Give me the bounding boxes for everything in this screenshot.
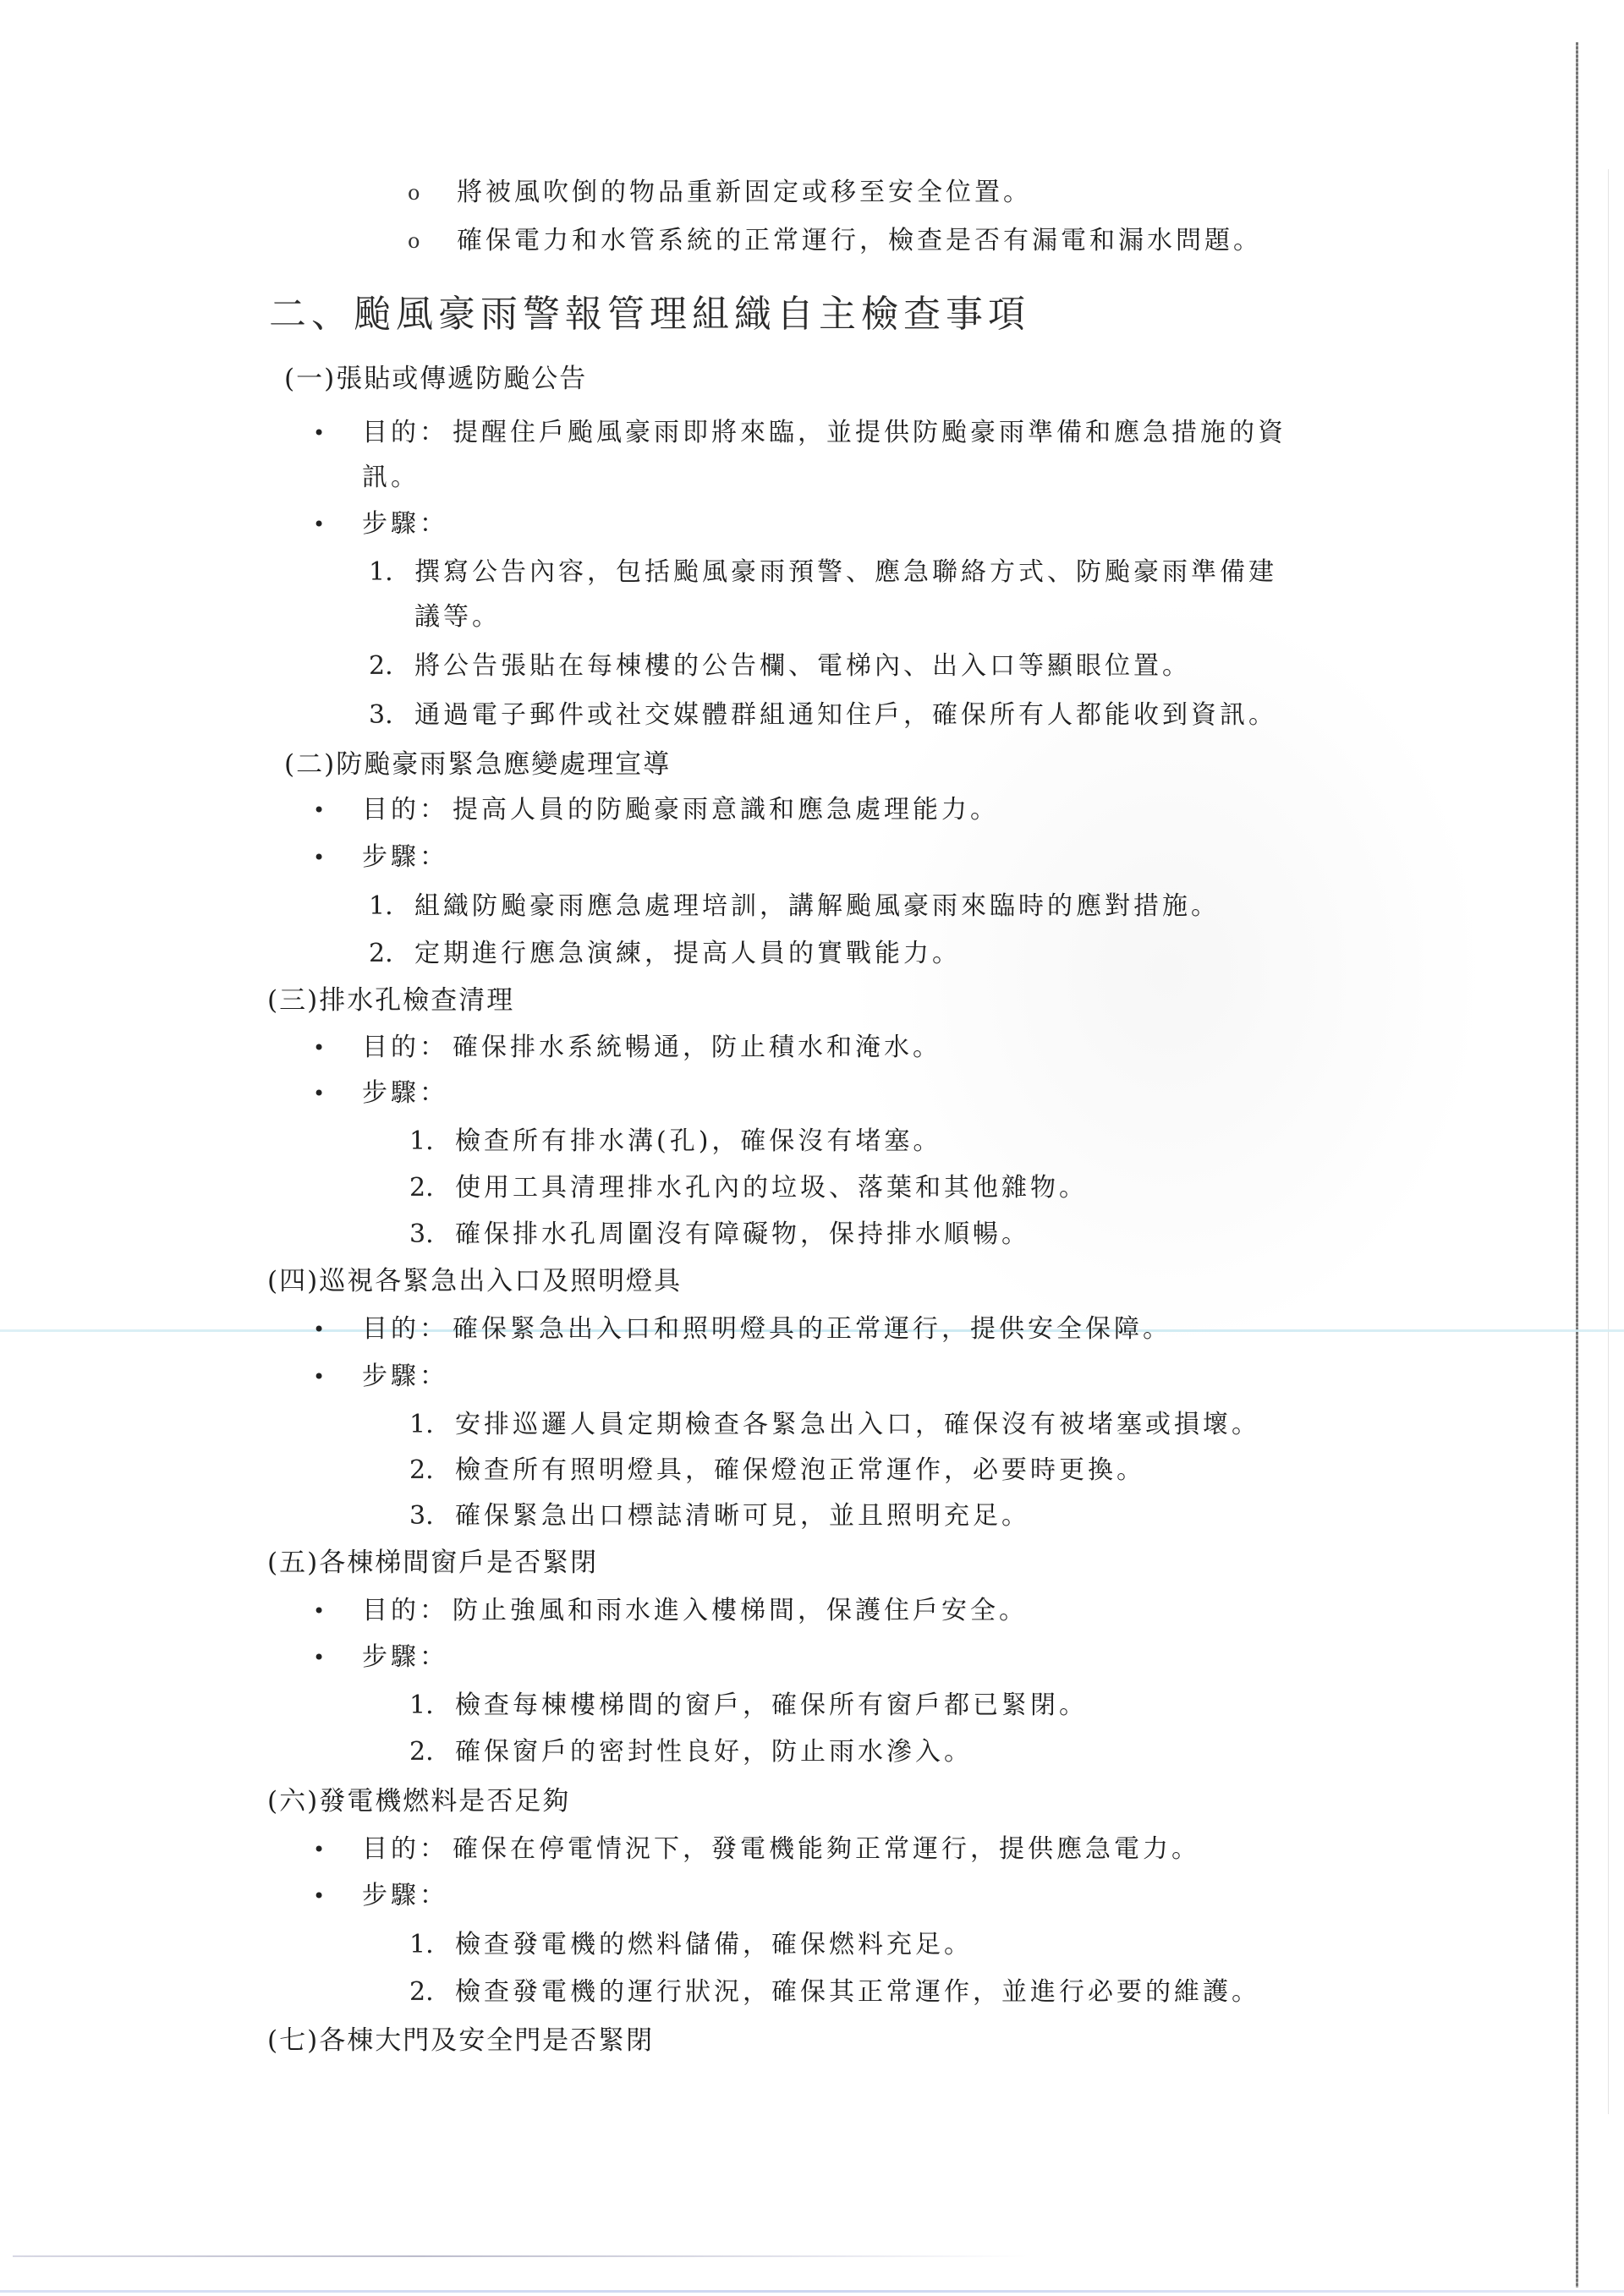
step-number: 1. [409, 1408, 434, 1442]
scan-edge-line [1608, 169, 1609, 2114]
purpose-text: 提高人員的防颱豪雨意識和應急處理能力。 [453, 793, 999, 827]
step-number: 1. [409, 1928, 434, 1962]
purpose-label: 目的： [362, 1312, 448, 1346]
subsection-title: (四)巡視各緊急出入口及照明燈具 [267, 1264, 682, 1298]
purpose-label: 目的： [362, 1031, 448, 1065]
step-text: 定期進行應急演練，提高人員的實戰能力。 [414, 937, 961, 971]
dot-bullet-icon: • [313, 1031, 325, 1065]
step-text: 檢查所有照明燈具，確保燈泡正常運作，必要時更換。 [455, 1454, 1145, 1488]
purpose-text-cont: 訊。 [362, 461, 420, 495]
step-text: 確保緊急出口標誌清晰可見，並且照明充足。 [455, 1499, 1030, 1533]
purpose-text: 提醒住戶颱風豪雨即將來臨，並提供防颱豪雨準備和應急措施的資 [453, 416, 1287, 450]
subsection-title: (三)排水孔檢查清理 [267, 984, 514, 1017]
step-number: 1. [409, 1125, 434, 1159]
step-number: 2. [409, 1454, 434, 1488]
step-text: 檢查每棟樓梯間的窗戶，確保所有窗戶都已緊閉。 [455, 1689, 1088, 1723]
step-number: 1. [369, 556, 393, 589]
step-number: 2. [409, 1171, 434, 1205]
subsection-title: (六)發電機燃料是否足夠 [267, 1784, 570, 1818]
dot-bullet-icon: • [313, 1360, 325, 1394]
dot-bullet-icon: • [313, 1594, 325, 1628]
step-text: 通過電子郵件或社交媒體群組通知住戶，確保所有人都能收到資訊。 [414, 699, 1277, 732]
purpose-label: 目的： [362, 416, 448, 450]
dot-bullet-icon: • [313, 793, 325, 827]
steps-label: 步驟： [362, 1879, 448, 1913]
step-text: 確保窗戶的密封性良好，防止雨水滲入。 [455, 1735, 973, 1769]
step-number: 3. [409, 1499, 434, 1533]
step-text: 使用工具清理排水孔內的垃圾、落葉和其他雜物。 [455, 1171, 1088, 1205]
step-number: 2. [409, 1975, 434, 2009]
subsection-title: (二)防颱豪雨緊急應變處理宣導 [284, 748, 671, 781]
step-text: 將公告張貼在每棟樓的公告欄、電梯內、出入口等顯眼位置。 [414, 649, 1191, 683]
purpose-label: 目的： [362, 793, 448, 827]
steps-label: 步驟： [362, 1641, 448, 1674]
step-text: 組織防颱豪雨應急處理培訓，講解颱風豪雨來臨時的應對措施。 [414, 890, 1220, 923]
steps-label: 步驟： [362, 507, 448, 541]
scanned-document-page: o 將被風吹倒的物品重新固定或移至安全位置。 o 確保電力和水管系統的正常運行，… [0, 0, 1624, 2296]
step-text: 撰寫公告內容，包括颱風豪雨預警、應急聯絡方式、防颱豪雨準備建 [414, 556, 1277, 589]
step-text: 檢查發電機的運行狀況，確保其正常運作，並進行必要的維護。 [455, 1975, 1260, 2009]
dot-bullet-icon: • [313, 1879, 325, 1913]
subsection-title: (七)各棟大門及安全門是否緊閉 [267, 2024, 654, 2058]
subsection-title: (一)張貼或傳遞防颱公告 [284, 362, 587, 396]
purpose-text: 確保在停電情況下，發電機能夠正常運行，提供應急電力。 [453, 1833, 1200, 1866]
purpose-label: 目的： [362, 1833, 448, 1866]
step-number: 3. [369, 699, 393, 732]
list-item: 確保電力和水管系統的正常運行，檢查是否有漏電和漏水問題。 [457, 224, 1262, 258]
page-right-edge [1576, 42, 1578, 2288]
subsection-title: (五)各棟梯間窗戶是否緊閉 [267, 1546, 598, 1580]
steps-label: 步驟： [362, 841, 448, 874]
step-number: 1. [369, 890, 393, 923]
dot-bullet-icon: • [313, 841, 325, 874]
step-text: 檢查所有排水溝(孔)，確保沒有堵塞。 [455, 1125, 941, 1159]
steps-label: 步驟： [362, 1077, 448, 1110]
step-number: 2. [369, 649, 393, 683]
scan-bottom-edge [0, 2290, 1624, 2293]
step-number: 2. [409, 1735, 434, 1769]
step-number: 2. [369, 937, 393, 971]
dot-bullet-icon: • [313, 416, 325, 450]
section-title: 二、颱風豪雨警報管理組織自主檢查事項 [269, 291, 1030, 338]
dot-bullet-icon: • [313, 1641, 325, 1674]
step-text: 確保排水孔周圍沒有障礙物，保持排水順暢。 [455, 1218, 1030, 1252]
step-number: 3. [409, 1218, 434, 1252]
step-text-cont: 議等。 [414, 600, 501, 634]
dot-bullet-icon: • [313, 1312, 325, 1346]
dot-bullet-icon: • [313, 1833, 325, 1866]
circle-bullet-icon: o [408, 224, 420, 258]
purpose-text: 確保緊急出入口和照明燈具的正常運行，提供安全保障。 [453, 1312, 1171, 1346]
list-item: 將被風吹倒的物品重新固定或移至安全位置。 [457, 176, 1032, 210]
dot-bullet-icon: • [313, 507, 325, 541]
steps-label: 步驟： [362, 1360, 448, 1394]
step-text: 檢查發電機的燃料儲備，確保燃料充足。 [455, 1928, 973, 1962]
purpose-text: 防止強風和雨水進入樓梯間，保護住戶安全。 [453, 1594, 1028, 1628]
dot-bullet-icon: • [313, 1077, 325, 1110]
circle-bullet-icon: o [408, 176, 420, 210]
purpose-label: 目的： [362, 1594, 448, 1628]
step-text: 安排巡邏人員定期檢查各緊急出入口，確保沒有被堵塞或損壞。 [455, 1408, 1260, 1442]
page-bottom-edge [13, 2255, 1028, 2257]
step-number: 1. [409, 1689, 434, 1723]
purpose-text: 確保排水系統暢通，防止積水和淹水。 [453, 1031, 941, 1065]
